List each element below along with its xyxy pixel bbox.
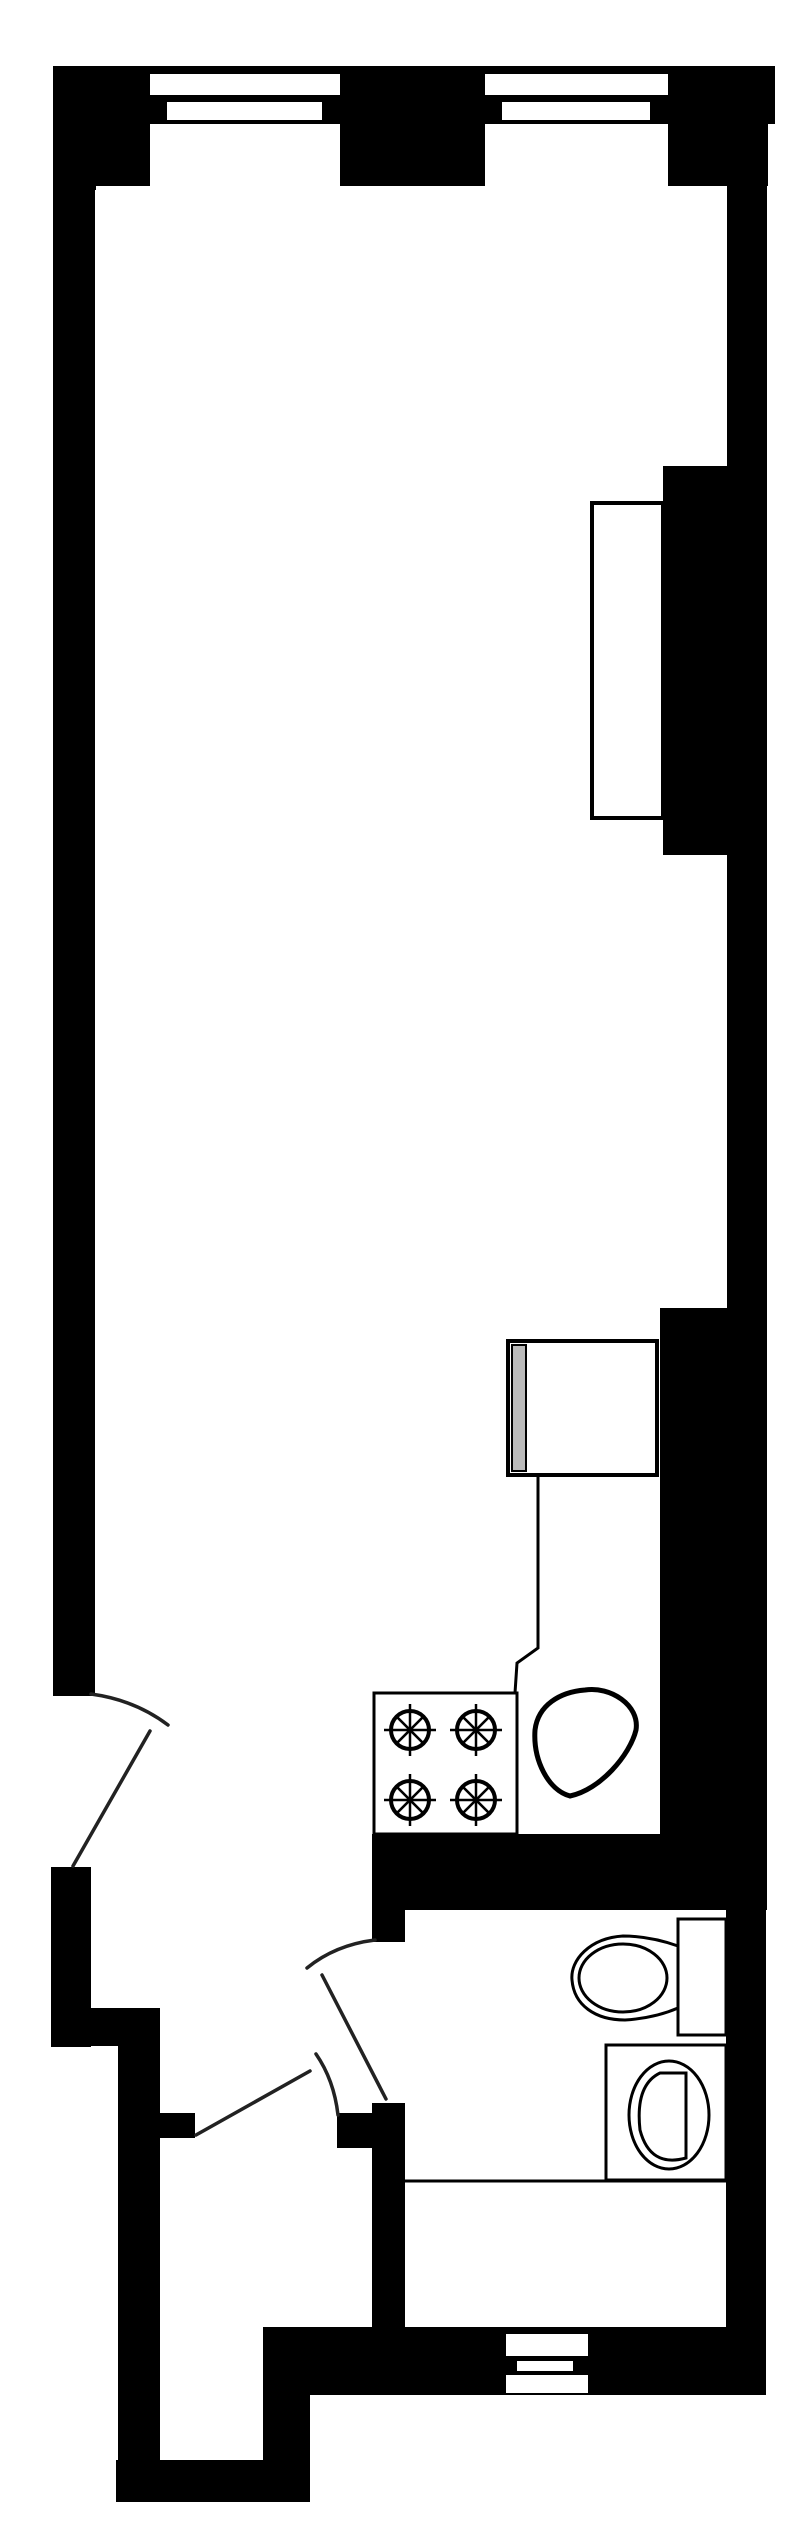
kitchen-sink — [535, 1689, 637, 1796]
bathroom — [337, 1880, 767, 2393]
refrigerator — [508, 1341, 657, 1475]
bathroom-door[interactable] — [307, 1940, 386, 2099]
floor-plan — [0, 0, 800, 2542]
entry-door[interactable] — [73, 1694, 168, 1866]
stove — [374, 1693, 517, 1834]
kitchen — [372, 1308, 732, 1897]
closet-door[interactable] — [160, 2054, 338, 2138]
fireplace — [592, 466, 733, 855]
bathroom-sink — [606, 2045, 726, 2180]
window-top-right — [485, 74, 668, 177]
toilet — [572, 1919, 726, 2035]
window-top-left — [150, 74, 340, 177]
